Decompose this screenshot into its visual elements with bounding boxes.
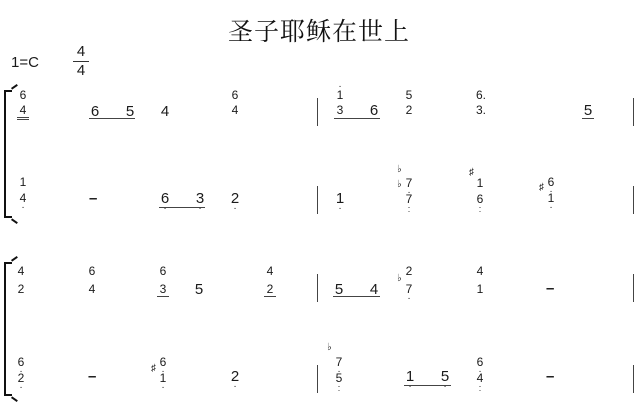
sharp-icon: ♯ [539, 183, 544, 193]
time-signature: 4 4 [72, 43, 90, 80]
note: 3. [476, 104, 494, 117]
note: 3 [334, 104, 346, 117]
note: 2 [15, 283, 27, 296]
note: 2 [403, 265, 415, 278]
barline [317, 274, 318, 302]
note: 5 [124, 104, 136, 119]
note: 6. [476, 89, 494, 102]
note: 6 [157, 356, 169, 369]
note: 4 [264, 265, 276, 278]
barline [317, 365, 318, 393]
note: 5 [403, 89, 415, 102]
note: 5 [333, 372, 345, 385]
note: 6 [86, 265, 98, 278]
note: 2 [403, 104, 415, 117]
barline [317, 98, 318, 126]
time-signature-top: 4 [72, 43, 90, 61]
flat-icon: ♭ [397, 274, 402, 284]
rest-dash: – [88, 368, 96, 385]
note: 1 [404, 369, 416, 384]
note: 6 [89, 104, 101, 119]
note: 6 [159, 191, 171, 206]
note: 1 [334, 191, 346, 206]
note: 1 [474, 177, 486, 190]
note: 4 [474, 372, 486, 385]
note: 1 [17, 176, 29, 189]
note: 3 [194, 191, 206, 206]
note: 6 [229, 89, 241, 102]
note: 2 [229, 191, 241, 206]
note: 1 [334, 89, 346, 102]
note: 4 [474, 265, 486, 278]
beam [334, 118, 380, 119]
note: 1 [545, 192, 557, 205]
note: 7 [403, 283, 415, 296]
note: 6 [15, 356, 27, 369]
rest-dash: – [89, 190, 97, 207]
flat-icon: ♭ [327, 343, 332, 353]
flat-icon: ♭ [397, 165, 402, 175]
note: 4 [15, 265, 27, 278]
rest-dash: – [546, 280, 554, 297]
note: 7 [403, 177, 415, 190]
note: 6 [474, 193, 486, 206]
note: 6 [545, 176, 557, 189]
note: 4 [17, 192, 29, 205]
time-signature-bottom: 4 [72, 62, 90, 80]
barline [317, 186, 318, 214]
note: 2 [264, 283, 276, 297]
barline [633, 365, 634, 393]
note: 5 [582, 103, 594, 119]
note: 6 [17, 89, 29, 102]
note: 5 [193, 282, 205, 297]
system-1-brace-icon [4, 90, 12, 218]
note: 4 [86, 283, 98, 296]
note: 6 [368, 103, 380, 118]
note: 6 [157, 265, 169, 278]
beam [159, 207, 205, 208]
note: 2 [229, 369, 241, 384]
note: 1 [157, 372, 169, 385]
barline [633, 98, 634, 126]
beam [89, 118, 135, 119]
beam [333, 296, 380, 297]
note: 4 [368, 282, 380, 297]
score-title: 圣子耶稣在世上 [0, 12, 638, 48]
note: 4 [159, 104, 171, 119]
sharp-icon: ♯ [151, 364, 156, 374]
note: 4 [17, 104, 29, 120]
note: 5 [333, 282, 345, 297]
system-2-brace-icon [4, 262, 12, 396]
note: 5 [439, 369, 451, 384]
barline [633, 274, 634, 302]
flat-icon: ♭ [397, 180, 402, 190]
note: 2 [15, 372, 27, 385]
note: 4 [229, 104, 241, 117]
note: 7 [333, 356, 345, 369]
barline [633, 186, 634, 214]
beam [404, 385, 451, 386]
note: 3 [157, 283, 169, 297]
note: 6 [474, 356, 486, 369]
rest-dash: – [546, 368, 554, 385]
note: 1 [474, 283, 486, 296]
note: 7 [403, 193, 415, 206]
key-signature: 1=C [11, 54, 39, 71]
